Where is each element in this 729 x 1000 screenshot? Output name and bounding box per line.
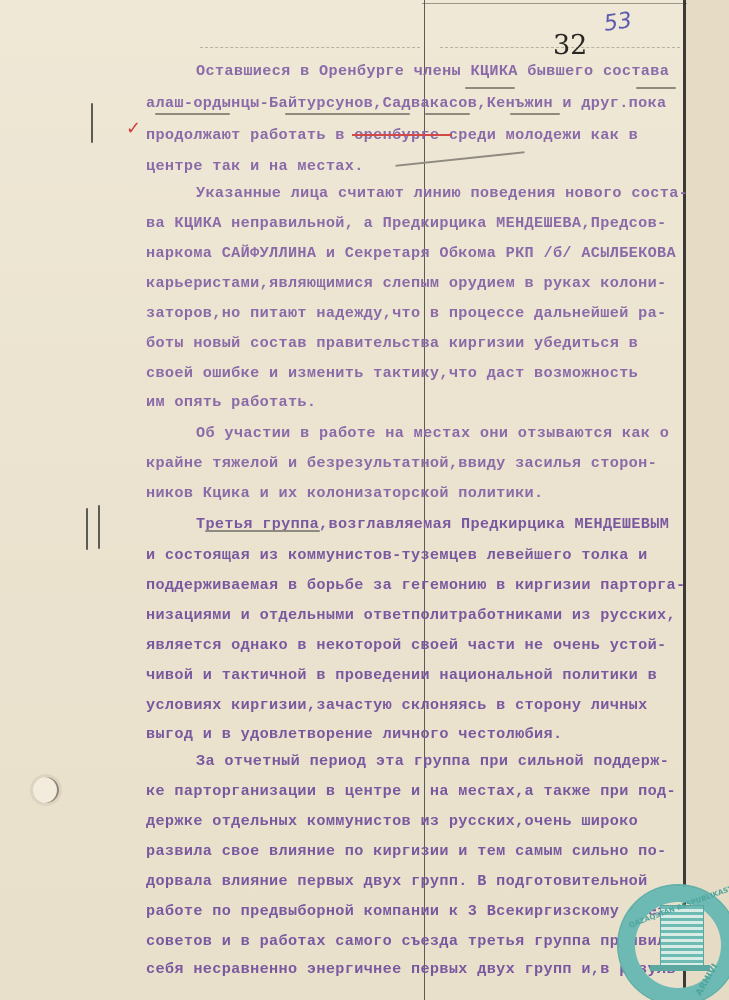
text-line: крайне тяжелой и безрезультатной,ввиду з… [146,454,657,472]
sheet-top-edge [422,3,687,4]
text-line: дорвала влияние первых двух групп. В под… [146,872,648,890]
text-line: держке отдельных коммунистов из русских,… [146,812,638,830]
pencil-underline [510,113,560,115]
text-line: является однако в некоторой своей части … [146,636,667,654]
text-line: условиях киргизии,зачастую склоняясь в с… [146,696,648,714]
pencil-underline [205,530,320,532]
handwritten-folio-number: 53 [602,8,633,37]
text-line: За отчетный период эта группа при сильно… [196,752,669,770]
text-line: заторов,но питают надежду,что в процессе… [146,304,667,322]
red-strikethrough [352,134,452,136]
pencil-margin-bar [86,508,88,550]
adjacent-sheet-edge [686,0,729,1000]
text-line: алаш-ордынцы-Байтурсунов,Садвакасов,Кенъ… [146,94,667,112]
text-line: центре так и на местах. [146,157,364,175]
text-line: наркома САЙФУЛЛИНА и Секретаря Обкома РК… [146,244,676,262]
text-line: поддерживаемая в борьбе за гегемонию в к… [146,576,685,594]
text-line: карьеристами,являющимися слепым орудием … [146,274,667,292]
pencil-underline [465,87,515,89]
text-line: им опять работать. [146,393,316,411]
text-line: ников Кцика и их колонизаторской политик… [146,484,544,502]
text-line: Оставшиеся в Оренбурге члены КЦИКА бывше… [196,62,669,80]
pencil-underline [636,87,676,89]
text-line: советов и в работах самого съезда третья… [146,932,676,950]
red-check-mark: ✓ [126,118,141,139]
punch-hole [33,777,59,803]
pencil-underline [155,113,230,115]
text-line: работе по предвыборной компании к 3 Всек… [146,902,685,920]
text-line: чивой и тактичной в проведении националь… [146,666,657,684]
text-line: ва КЦИКА неправильной, а Предкирцика МЕН… [146,214,667,232]
sheet-edge-line [683,0,686,1000]
faint-dashed-line [200,47,420,48]
pencil-margin-bar [98,505,100,549]
text-line: ке парторганизации в центре и на местах,… [146,782,676,800]
text-line: развила свое влияние по киргизии и тем с… [146,842,667,860]
text-line: Указанные лица считают линию поведения н… [196,184,688,202]
pencil-underline [285,113,410,115]
text-line: боты новый состав правительства киргизии… [146,334,638,352]
stamp-base [650,965,710,971]
text-line: выгод и в удовлетворение личного честолю… [146,725,562,743]
pencil-margin-bar [91,103,93,143]
page-number: 32 [553,30,587,61]
text-line: и состоящая из коммунистов-туземцев леве… [146,546,648,564]
text-line: Об участии в работе на местах они отзыва… [196,424,669,442]
text-line: своей ошибке и изменить тактику,что даст… [146,364,638,382]
text-line: низациями и отдельными ответполитработни… [146,606,676,624]
text-line: себя несравненно энергичнее первых двух … [146,960,685,978]
pencil-underline [425,113,470,115]
